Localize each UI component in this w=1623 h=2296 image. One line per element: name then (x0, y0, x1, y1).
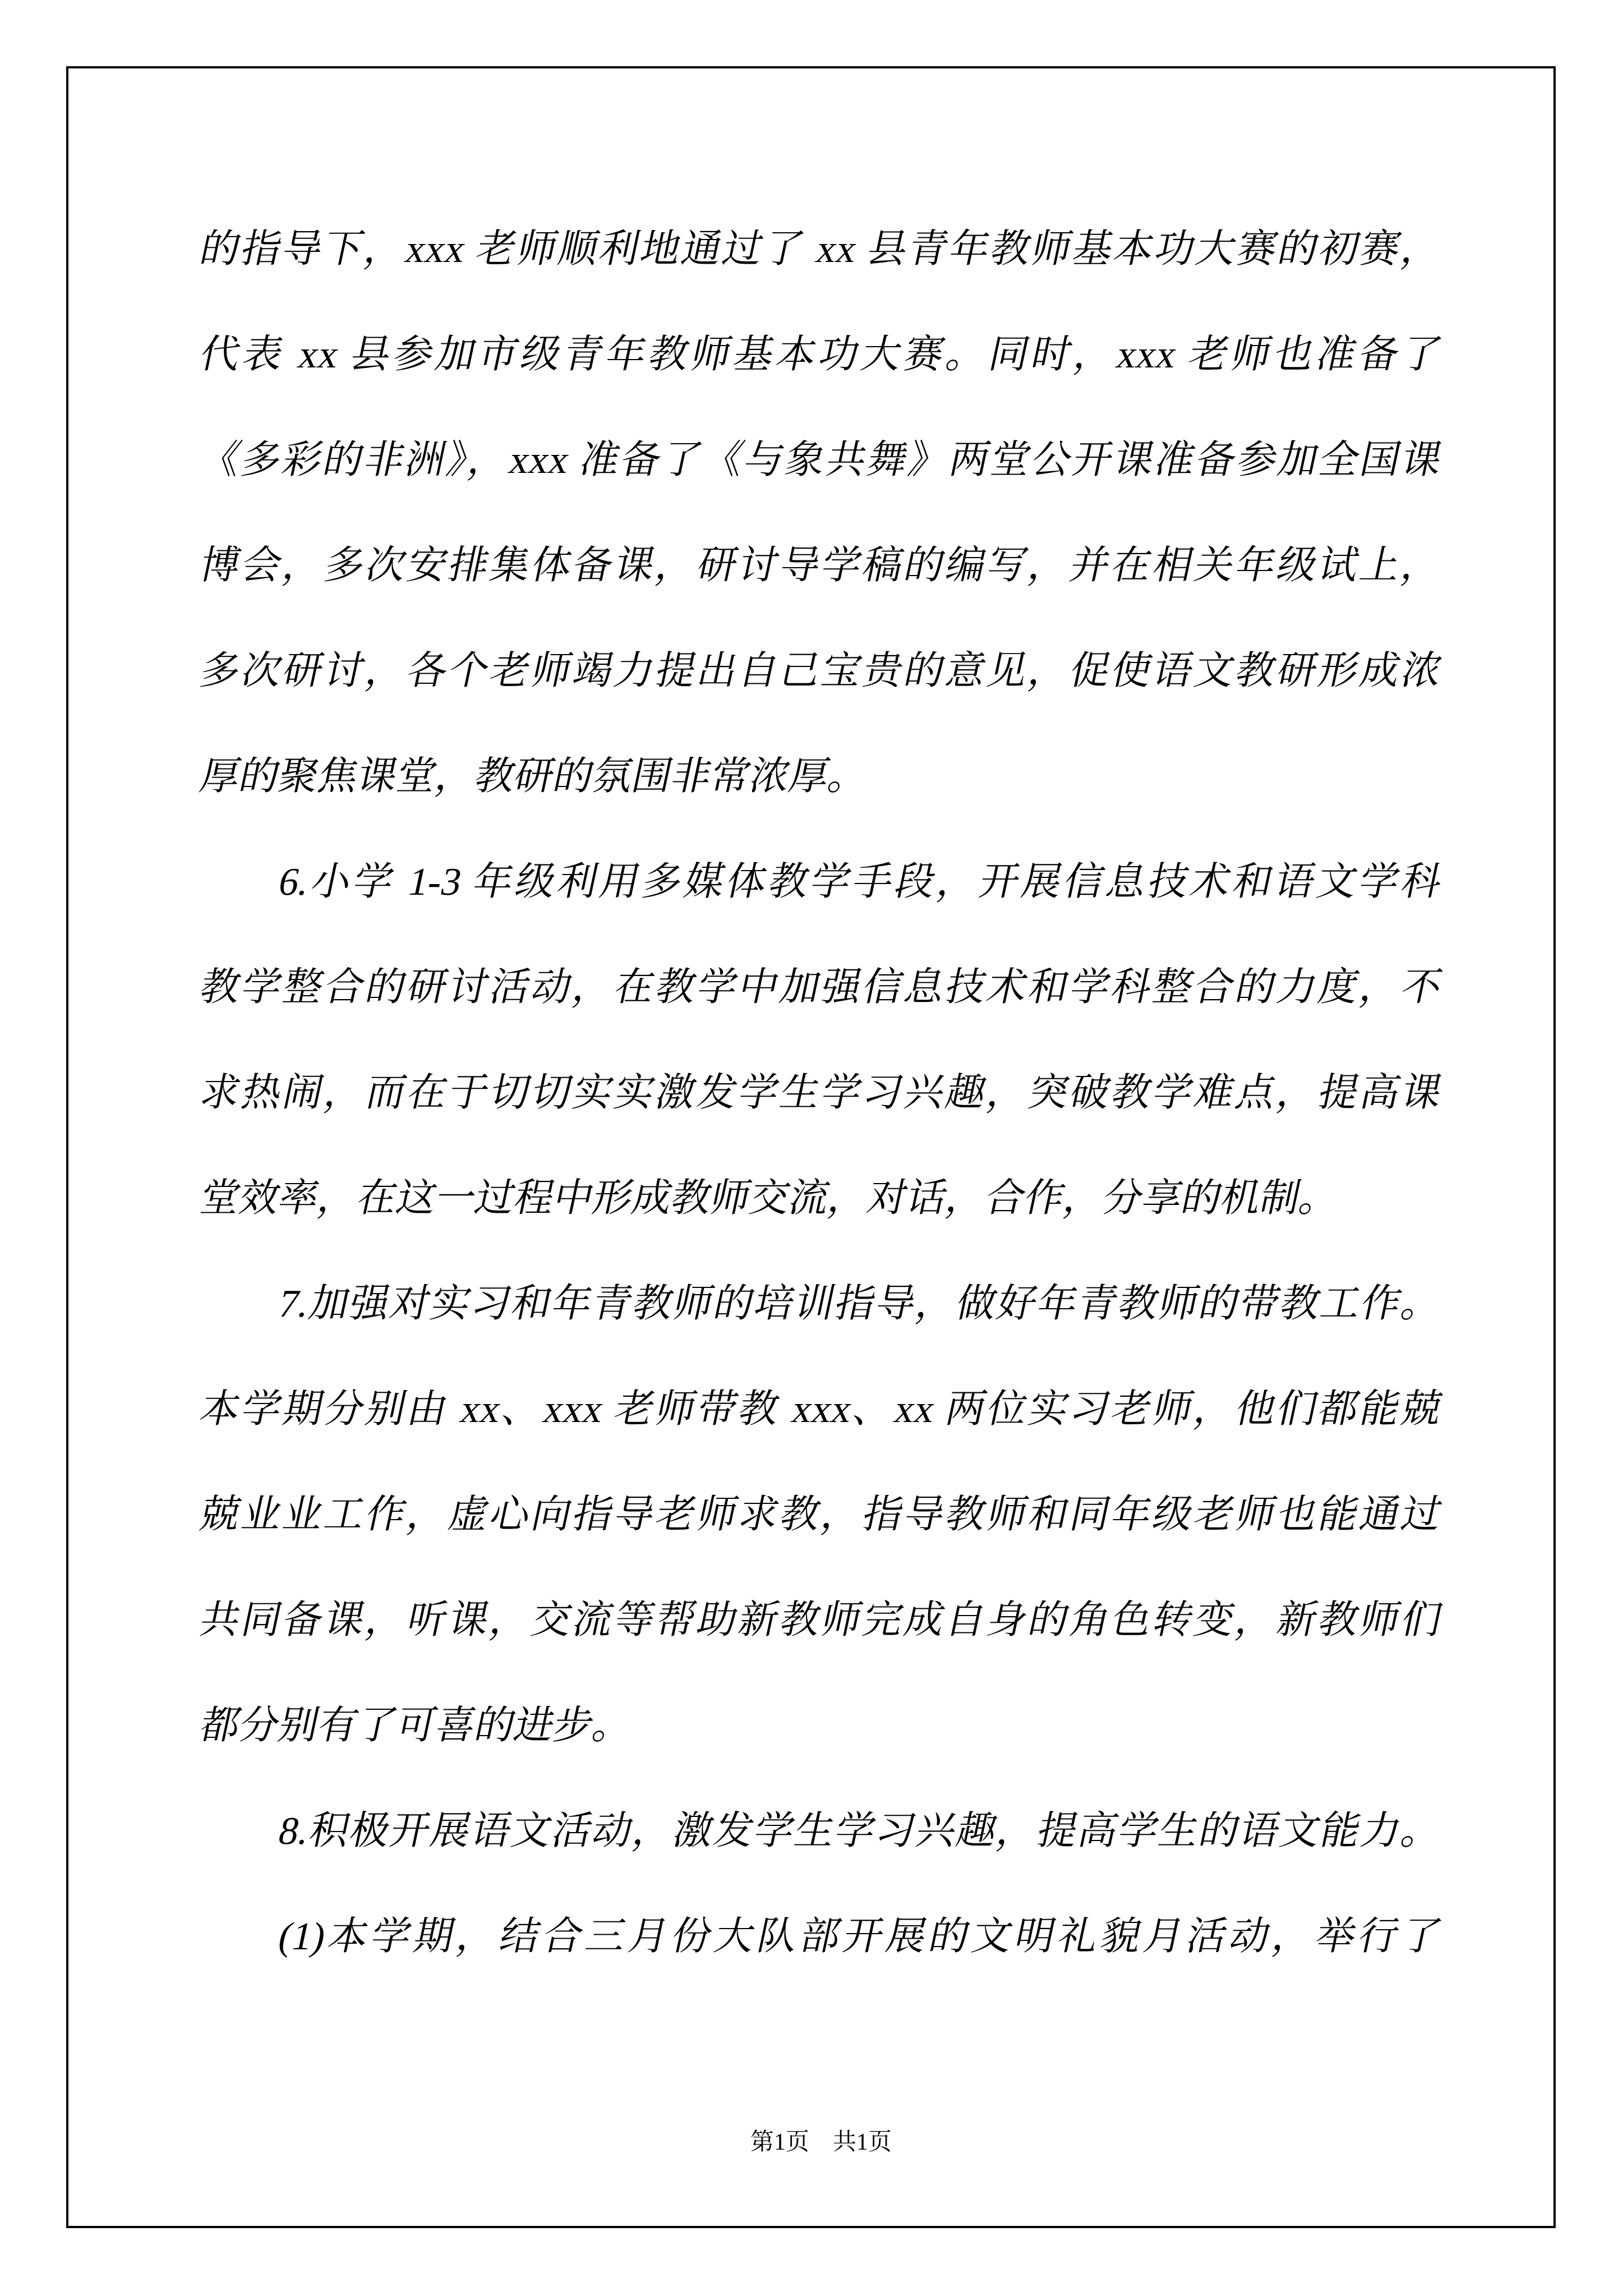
text-line: 堂效率，在这一过程中形成教师交流，对话，合作，分享的机制。 (190, 1146, 1453, 1251)
document-body: 的指导下，xxx 老师顺利地通过了 xx 县青年教师基本功大赛的初赛， 代表 x… (201, 197, 1441, 1990)
text-line: 本学期分别由 xx、xxx 老师带教 xxx、xx 两位实习老师，他们都能兢 (190, 1357, 1453, 1462)
text-line: 7.加强对实习和年青教师的培训指导，做好年青教师的带教工作。 (190, 1251, 1453, 1357)
text-line: 6.小学 1-3 年级利用多媒体教学手段，开展信息技术和语文学科 (190, 830, 1453, 935)
text-line: 8.积极开展语文活动，激发学生学习兴趣，提高学生的语文能力。 (190, 1779, 1453, 1884)
text-line: 多次研讨，各个老师竭力提出自己宝贵的意见，促使语文教研形成浓 (190, 619, 1453, 724)
text-line: (1)本学期，结合三月份大队部开展的文明礼貌月活动，举行了 (190, 1884, 1453, 1990)
text-line: 代表 xx 县参加市级青年教师基本功大赛。同时，xxx 老师也准备了 (190, 302, 1453, 408)
text-line: 《多彩的非洲》，xxx 准备了《与象共舞》两堂公开课准备参加全国课 (190, 408, 1453, 513)
text-line: 教学整合的研讨活动，在教学中加强信息技术和学科整合的力度，不 (190, 935, 1453, 1041)
page-number: 第1页 (750, 2129, 809, 2155)
text-line: 兢业业工作，虚心向指导老师求教，指导教师和同年级老师也能通过 (190, 1462, 1453, 1568)
page-count: 共1页 (833, 2129, 892, 2155)
page-footer: 第1页共1页 (201, 2125, 1441, 2160)
text-line: 共同备课，听课，交流等帮助新教师完成自身的角色转变，新教师们 (190, 1568, 1453, 1673)
text-line: 都分别有了可喜的进步。 (190, 1673, 1453, 1779)
text-line: 的指导下，xxx 老师顺利地通过了 xx 县青年教师基本功大赛的初赛， (190, 197, 1453, 302)
text-line: 厚的聚焦课堂，教研的氛围非常浓厚。 (190, 724, 1453, 830)
text-line: 求热闹，而在于切切实实激发学生学习兴趣，突破教学难点，提高课 (190, 1041, 1453, 1146)
document-page: 的指导下，xxx 老师顺利地通过了 xx 县青年教师基本功大赛的初赛， 代表 x… (0, 0, 1623, 2296)
text-line: 博会，多次安排集体备课，研讨导学稿的编写，并在相关年级试上， (190, 513, 1453, 619)
